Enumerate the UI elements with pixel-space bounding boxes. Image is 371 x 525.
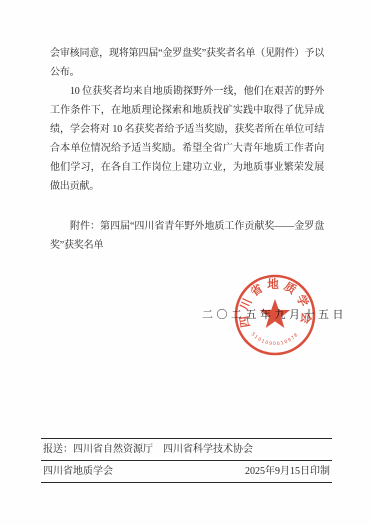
document-page: 会审核同意，现将第四届“金罗盘奖”获奖者名单（见附件）予以公布。 10 位获奖者… xyxy=(0,0,371,525)
attachment-note: 附件：第四届“四川省青年野外地质工作贡献奖——金罗盘奖”获奖名单 xyxy=(50,217,324,255)
print-date: 2025年9月15日印制 xyxy=(245,461,330,482)
seal-code-text: 5101090010978 xyxy=(250,331,300,347)
star-icon xyxy=(260,299,290,328)
document-body: 会审核同意，现将第四届“金罗盘奖”获奖者名单（见附件）予以公布。 10 位获奖者… xyxy=(50,44,324,255)
distribution-text: 报送：四川省自然资源厅 四川省科学技术协会 xyxy=(43,444,253,455)
document-footer: 报送：四川省自然资源厅 四川省科学技术协会 四川省地质学会 2025年9月15日… xyxy=(41,438,332,483)
paragraph-continuation: 会审核同意，现将第四届“金罗盘奖”获奖者名单（见附件）予以公布。 xyxy=(50,44,324,82)
imprint-row: 四川省地质学会 2025年9月15日印制 xyxy=(41,460,332,483)
issuing-org: 四川省地质学会 xyxy=(43,461,113,482)
official-seal: 四川省地质学会 5101090010978 xyxy=(215,255,335,375)
distribution-row: 报送：四川省自然资源厅 四川省科学技术协会 xyxy=(41,438,332,460)
paragraph-main: 10 位获奖者均来自地质勘探野外一线，他们在艰苦的野外工作条件下，在地质理论探索… xyxy=(50,82,324,196)
